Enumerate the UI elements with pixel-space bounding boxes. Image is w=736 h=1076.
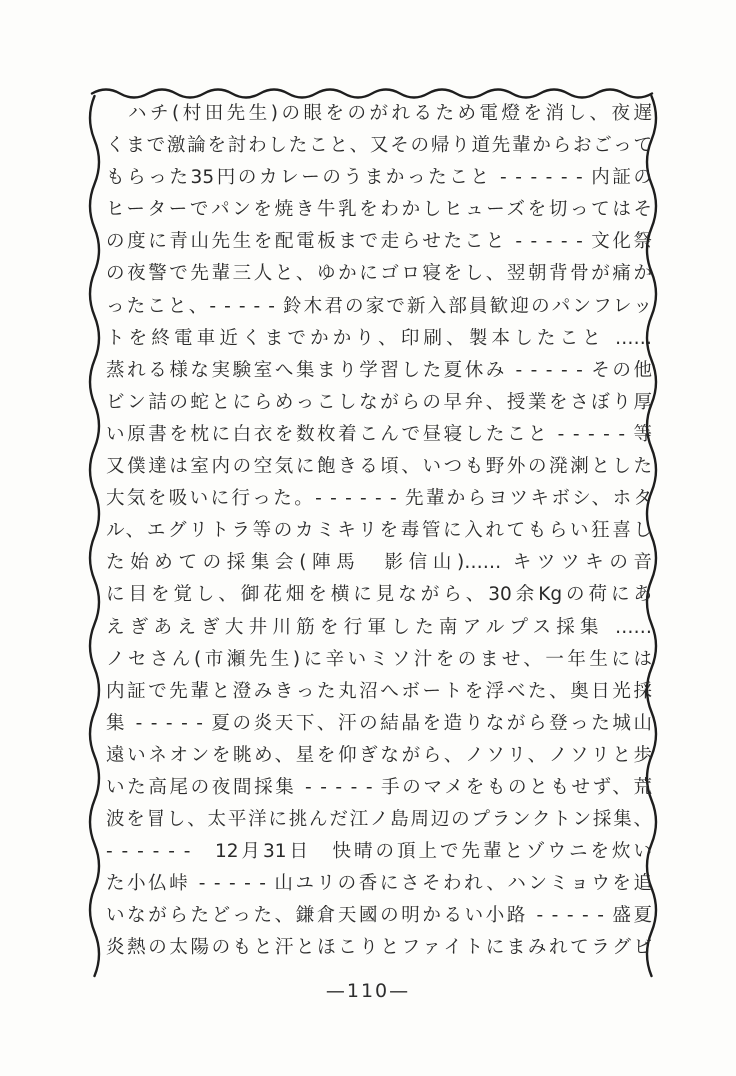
text-line: ヒーターでパンを焼き牛乳をわかしヒューズを切ってはそ (106, 194, 652, 226)
text-line: 蒸れる様な実験室へ集まり学習した夏休み - - - - - その他 (106, 355, 652, 387)
text-line: ビン詰の蛇とにらめっこしながらの早弁、授業をさぼり厚 (106, 387, 652, 419)
text-line: 又僕達は室内の空気に飽きる頃、いつも野外の溌溂とした (106, 451, 652, 483)
text-line: ったこと、- - - - - 鈴木君の家で新入部員歓迎のパンフレッ (106, 291, 652, 323)
border-left-wave (90, 96, 99, 976)
text-line: ハチ(村田先生)の眼をのがれるため電燈を消し、夜遅 (106, 98, 652, 130)
text-line: ル、エグリトラ等のカミキリを毒管に入れてもらい狂喜し (106, 515, 652, 547)
text-line: ノセさん(市瀬先生)に辛いミソ汁をのませ、一年生には (106, 644, 652, 676)
text-line: えぎあえぎ大井川筋を行軍した南アルプス採集 …… (106, 612, 652, 644)
text-line: の度に青山先生を配電板まで走らせたこと - - - - - 文化祭 (106, 226, 652, 258)
text-line: 波を冒し、太平洋に挑んだ江ノ島周辺のプランクトン採集、 (106, 804, 652, 836)
scanned-page: ハチ(村田先生)の眼をのがれるため電燈を消し、夜遅 くまで激論を討わしたこと、又… (0, 0, 736, 1076)
text-line: い原書を枕に白衣を数枚着こんで昼寝したこと - - - - - 等 (106, 419, 652, 451)
text-line: に目を覚し、御花畑を横に見ながら、30余Kgの荷にあ (106, 579, 652, 611)
manuscript-text: ハチ(村田先生)の眼をのがれるため電燈を消し、夜遅 くまで激論を討わしたこと、又… (106, 98, 652, 965)
text-line: もらった35円のカレーのうまかったこと - - - - - - 内証の (106, 162, 652, 194)
text-line: 内証で先輩と澄みきった丸沼へボートを浮べた、奥日光採 (106, 676, 652, 708)
text-line: た始めての採集会(陣馬 影信山)…… キツツキの音 (106, 547, 652, 579)
page-number: —110— (0, 980, 736, 1002)
text-line: いながらたどった、鎌倉天國の明かるい小路 - - - - - 盛夏 (106, 900, 652, 932)
text-line: 大気を吸いに行った。- - - - - - 先輩からヨツキボシ、ホタ (106, 483, 652, 515)
text-line: - - - - - - 12月31日 快晴の頂上で先輩とゾウニを炊い (106, 836, 652, 868)
text-line: いた高尾の夜間採集 - - - - - 手のマメをものともせず、荒 (106, 772, 652, 804)
text-line: くまで激論を討わしたこと、又その帰り道先輩からおごって (106, 130, 652, 162)
text-line: 遠いネオンを眺め、星を仰ぎながら、ノソリ、ノソリと歩 (106, 740, 652, 772)
border-top-wave (92, 90, 652, 98)
text-line: トを終電車近くまでかかり、印刷、製本したこと …… (106, 323, 652, 355)
text-line: の夜警で先輩三人と、ゆかにゴロ寝をし、翌朝背骨が痛か (106, 258, 652, 290)
text-line: 炎熱の太陽のもと汗とほこりとファイトにまみれてラグビ (106, 932, 652, 964)
text-line: 集 - - - - - 夏の炎天下、汗の結晶を造りながら登った城山 (106, 708, 652, 740)
text-line: た小仏峠 - - - - - 山ユリの香にさそわれ、ハンミョウを追 (106, 868, 652, 900)
